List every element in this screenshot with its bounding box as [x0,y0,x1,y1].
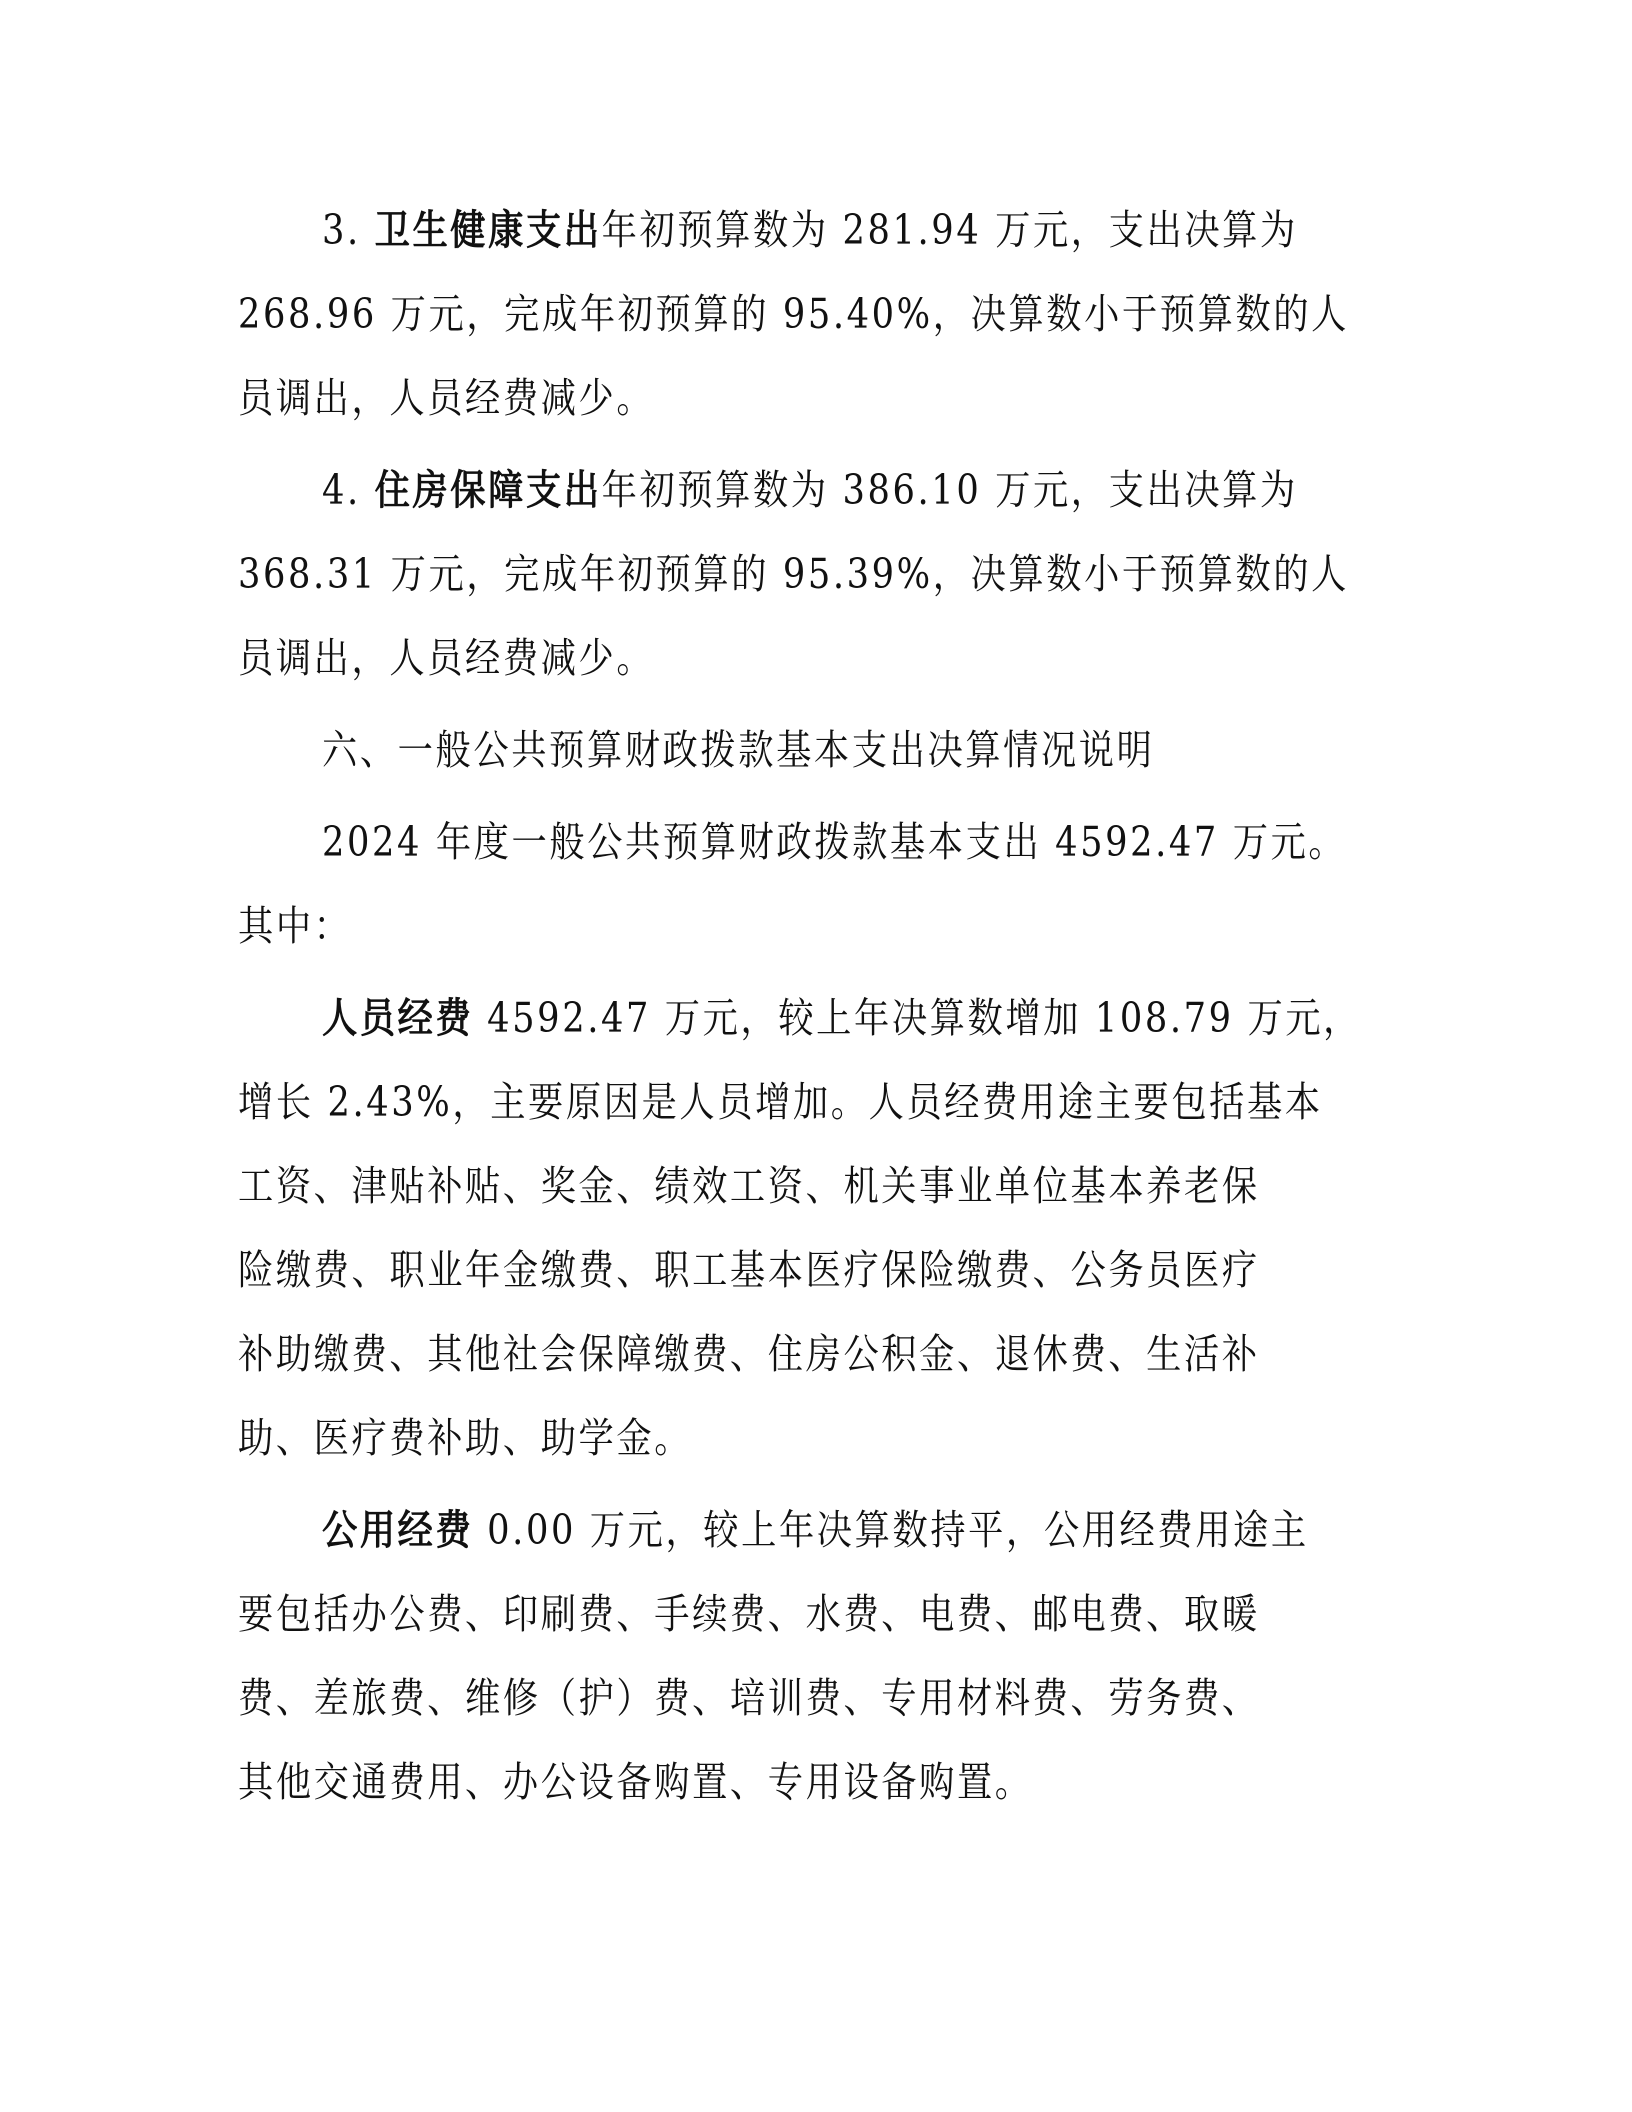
item3-line-3: 员调出，人员经费减少。 [238,373,654,423]
item3-line-1: 3. 卫生健康支出年初预算数为 281.94 万元，支出决算为 [322,205,1298,255]
personnel-title: 人员经费 [322,994,473,1042]
public-expense-line-2: 要包括办公费、印刷费、手续费、水费、电费、邮电费、取暖 [238,1589,1260,1639]
public-expense-line-4: 其他交通费用、办公设备购置、专用设备购置。 [238,1757,1033,1807]
public-expense-line-1: 公用经费 0.00 万元，较上年决算数持平，公用经费用途主 [322,1505,1309,1555]
item4-line-2: 368.31 万元，完成年初预算的 95.39%，决算数小于预算数的人 [238,549,1349,599]
section-6-intro-line-2: 其中： [238,901,352,951]
public-expense-line-3: 费、差旅费、维修（护）费、培训费、专用材料费、劳务费、 [238,1673,1260,1723]
section-6-heading: 六、一般公共预算财政拨款基本支出决算情况说明 [322,725,1154,775]
item4-text-1: 年初预算数为 386.10 万元，支出决算为 [602,466,1298,514]
personnel-line-4: 险缴费、职业年金缴费、职工基本医疗保险缴费、公务员医疗 [238,1245,1260,1295]
item3-line-2: 268.96 万元，完成年初预算的 95.40%，决算数小于预算数的人 [238,289,1349,339]
item4-number: 4. [322,466,361,514]
section-6-intro-line-1: 2024 年度一般公共预算财政拨款基本支出 4592.47 万元。 [322,817,1346,867]
document-page: 3. 卫生健康支出年初预算数为 281.94 万元，支出决算为 268.96 万… [0,0,1632,2112]
personnel-line-1: 人员经费 4592.47 万元，较上年决算数增加 108.79 万元， [322,993,1361,1043]
item3-text-1: 年初预算数为 281.94 万元，支出决算为 [602,206,1298,254]
personnel-line-5: 补助缴费、其他社会保障缴费、住房公积金、退休费、生活补 [238,1329,1260,1379]
item4-line-3: 员调出，人员经费减少。 [238,633,654,683]
public-expense-title: 公用经费 [322,1506,473,1554]
item4-title: 住房保障支出 [375,466,602,514]
public-expense-text-1: 0.00 万元，较上年决算数持平，公用经费用途主 [473,1506,1308,1554]
personnel-line-2: 增长 2.43%，主要原因是人员增加。人员经费用途主要包括基本 [238,1077,1323,1127]
item3-number: 3. [322,206,361,254]
personnel-line-6: 助、医疗费补助、助学金。 [238,1413,692,1463]
personnel-line-3: 工资、津贴补贴、奖金、绩效工资、机关事业单位基本养老保 [238,1161,1260,1211]
item4-line-1: 4. 住房保障支出年初预算数为 386.10 万元，支出决算为 [322,465,1298,515]
item3-title: 卫生健康支出 [375,206,602,254]
personnel-text-1: 4592.47 万元，较上年决算数增加 108.79 万元， [473,994,1361,1042]
